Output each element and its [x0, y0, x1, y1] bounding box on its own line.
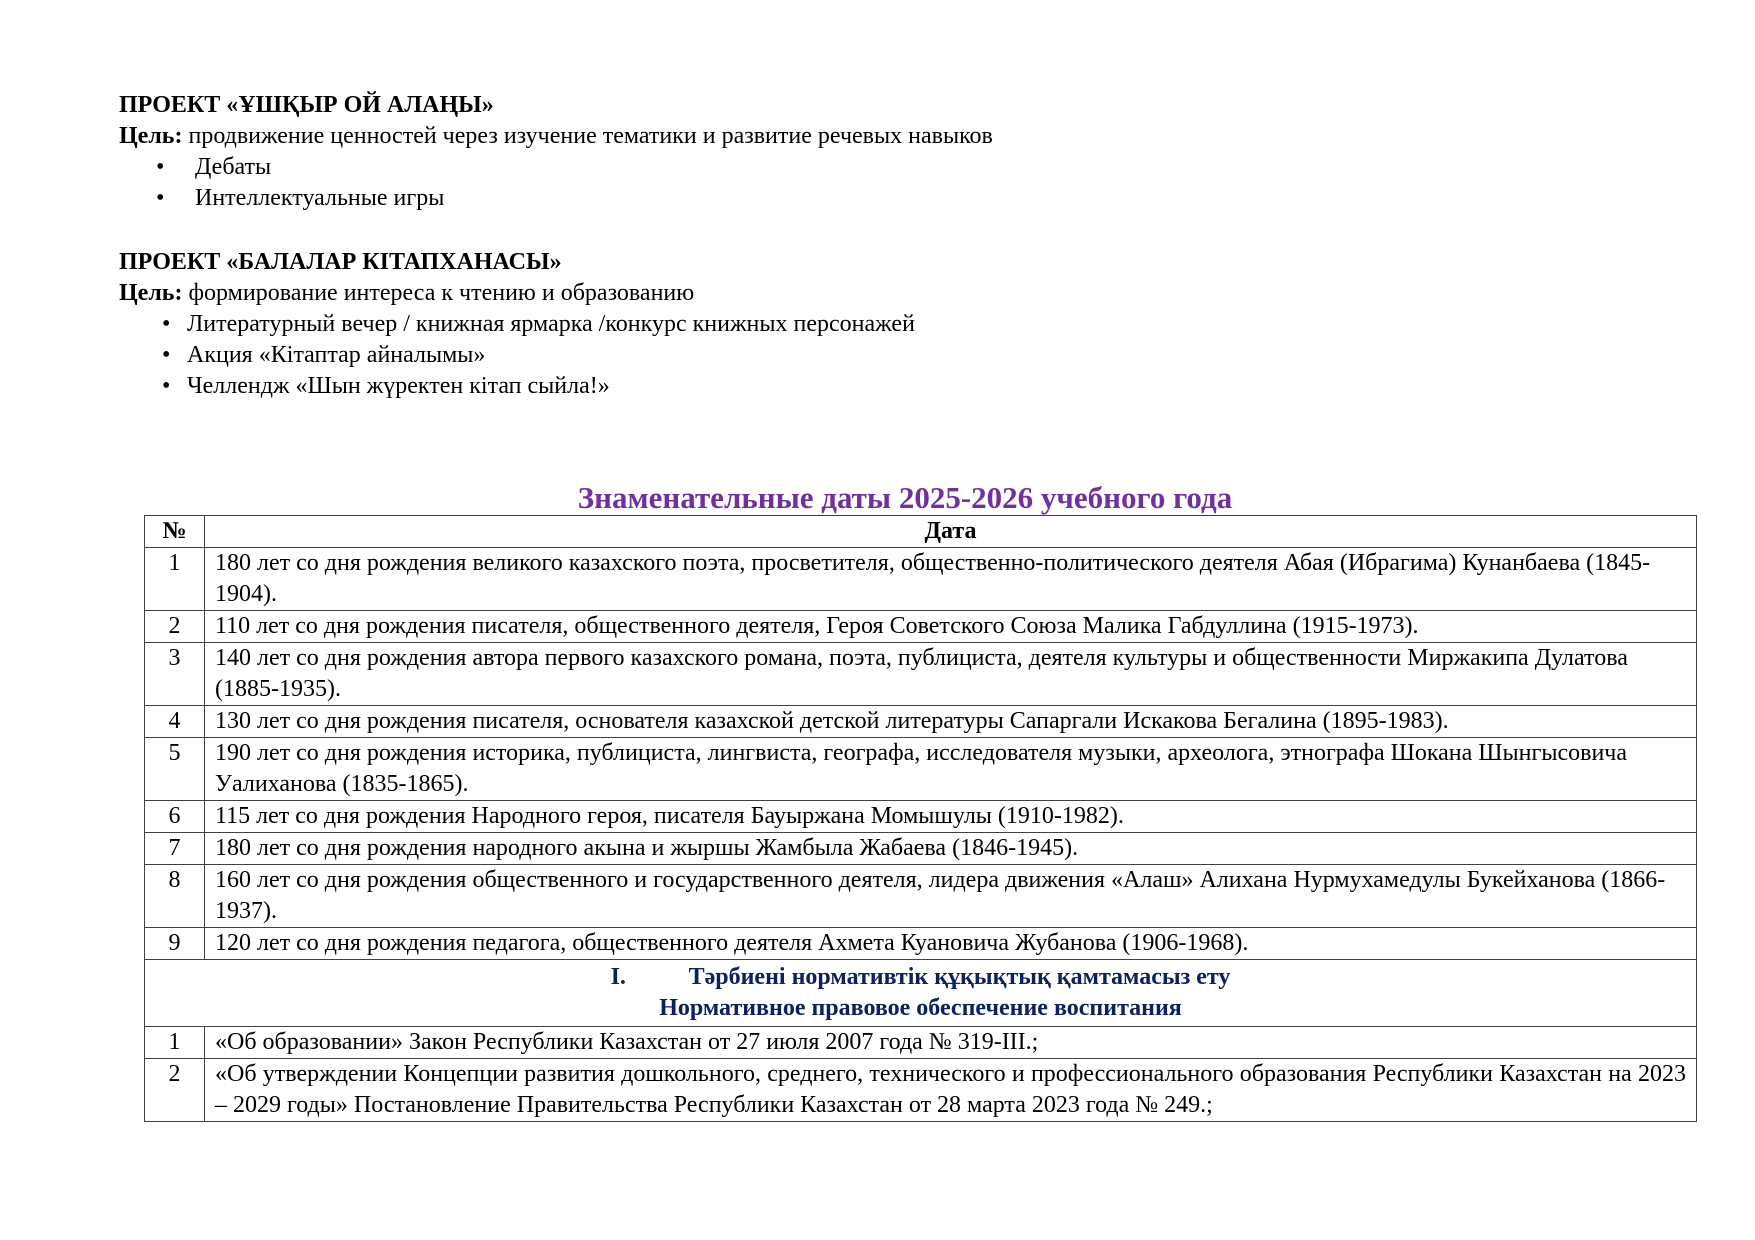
row-text: 160 лет со дня рождения общественного и …	[205, 865, 1697, 928]
row-number: 1	[145, 548, 205, 611]
table-row: 3140 лет со дня рождения автора первого …	[145, 643, 1697, 706]
header-date: Дата	[205, 516, 1697, 548]
row-number: 2	[145, 611, 205, 643]
row-number: 6	[145, 801, 205, 833]
row-text: 140 лет со дня рождения автора первого к…	[205, 643, 1697, 706]
table-row: 7180 лет со дня рождения народного акына…	[145, 833, 1697, 865]
row-number: 4	[145, 706, 205, 738]
project-balalar-kitaphanasy: ПРОЕКТ «БАЛАЛАР КІТАПХАНАСЫ» Цель: форми…	[119, 247, 1679, 402]
table-header-row: № Дата	[145, 516, 1697, 548]
table-row: 6115 лет со дня рождения Народного героя…	[145, 801, 1697, 833]
section-header-row: I.Тәрбиені нормативтік құқықтық қамтамас…	[145, 960, 1697, 1027]
table-row: 1180 лет со дня рождения великого казахс…	[145, 548, 1697, 611]
project-ushkyr-oi: ПРОЕКТ «ҰШҚЫР ОЙ АЛАҢЫ» Цель: продвижени…	[119, 90, 1679, 214]
row-text: 180 лет со дня рождения великого казахск…	[205, 548, 1697, 611]
row-number: 5	[145, 738, 205, 801]
row-text: 190 лет со дня рождения историка, публиц…	[205, 738, 1697, 801]
dates-table: № Дата 1180 лет со дня рождения великого…	[144, 515, 1697, 1122]
row-text: 110 лет со дня рождения писателя, общест…	[205, 611, 1697, 643]
bullet-icon: •	[162, 340, 170, 371]
row-text: 115 лет со дня рождения Народного героя,…	[205, 801, 1697, 833]
section-table-body: 1«Об образовании» Закон Республики Казах…	[145, 1027, 1697, 1122]
row-text: «Об утверждении Концепции развития дошко…	[205, 1059, 1697, 1122]
bullet-icon: •	[156, 183, 164, 214]
table-row: 9120 лет со дня рождения педагога, общес…	[145, 928, 1697, 960]
bullet-icon: •	[162, 371, 170, 402]
table-row: 8160 лет со дня рождения общественного и…	[145, 865, 1697, 928]
table-row: 2110 лет со дня рождения писателя, общес…	[145, 611, 1697, 643]
row-number: 3	[145, 643, 205, 706]
table-row: 5190 лет со дня рождения историка, публи…	[145, 738, 1697, 801]
table-row: 4130 лет со дня рождения писателя, основ…	[145, 706, 1697, 738]
row-number: 8	[145, 865, 205, 928]
list-item: • Акция «Кітаптар айналымы»	[119, 340, 1679, 371]
project-goal: Цель: продвижение ценностей через изучен…	[119, 121, 1679, 152]
table-row: 2«Об утверждении Концепции развития дошк…	[145, 1059, 1697, 1122]
project-title: ПРОЕКТ «БАЛАЛАР КІТАПХАНАСЫ»	[119, 247, 1679, 278]
row-text: 180 лет со дня рождения народного акына …	[205, 833, 1697, 865]
list-item: • Литературный вечер / книжная ярмарка /…	[119, 309, 1679, 340]
project-title: ПРОЕКТ «ҰШҚЫР ОЙ АЛАҢЫ»	[119, 90, 1679, 121]
row-text: 130 лет со дня рождения писателя, основа…	[205, 706, 1697, 738]
goal-label: Цель:	[119, 123, 182, 149]
header-num: №	[145, 516, 205, 548]
list-item: • Интеллектуальные игры	[119, 183, 1679, 214]
section-number: I.	[611, 962, 689, 993]
goal-label: Цель:	[119, 280, 182, 306]
row-number: 2	[145, 1059, 205, 1122]
row-text: «Об образовании» Закон Республики Казахс…	[205, 1027, 1697, 1059]
section-title-ru: Нормативное правовое обеспечение воспита…	[155, 993, 1686, 1024]
list-item: • Челлендж «Шын жүректен кітап сыйла!»	[119, 371, 1679, 402]
table-row: 1«Об образовании» Закон Республики Казах…	[145, 1027, 1697, 1059]
goal-text: продвижение ценностей через изучение тем…	[182, 123, 992, 149]
bullet-icon: •	[156, 152, 164, 183]
row-text: 120 лет со дня рождения педагога, общест…	[205, 928, 1697, 960]
row-number: 7	[145, 833, 205, 865]
dates-table-body: 1180 лет со дня рождения великого казахс…	[145, 548, 1697, 960]
row-number: 1	[145, 1027, 205, 1059]
row-number: 9	[145, 928, 205, 960]
goal-text: формирование интереса к чтению и образов…	[182, 280, 694, 306]
project-goal: Цель: формирование интереса к чтению и о…	[119, 278, 1679, 309]
bullet-icon: •	[162, 309, 170, 340]
section-header: I.Тәрбиені нормативтік құқықтық қамтамас…	[145, 960, 1697, 1027]
dates-table-title: Знаменательные даты 2025-2026 учебного г…	[0, 480, 1755, 516]
section-title-kk: Тәрбиені нормативтік құқықтық қамтамасыз…	[689, 964, 1231, 990]
list-item: • Дебаты	[119, 152, 1679, 183]
